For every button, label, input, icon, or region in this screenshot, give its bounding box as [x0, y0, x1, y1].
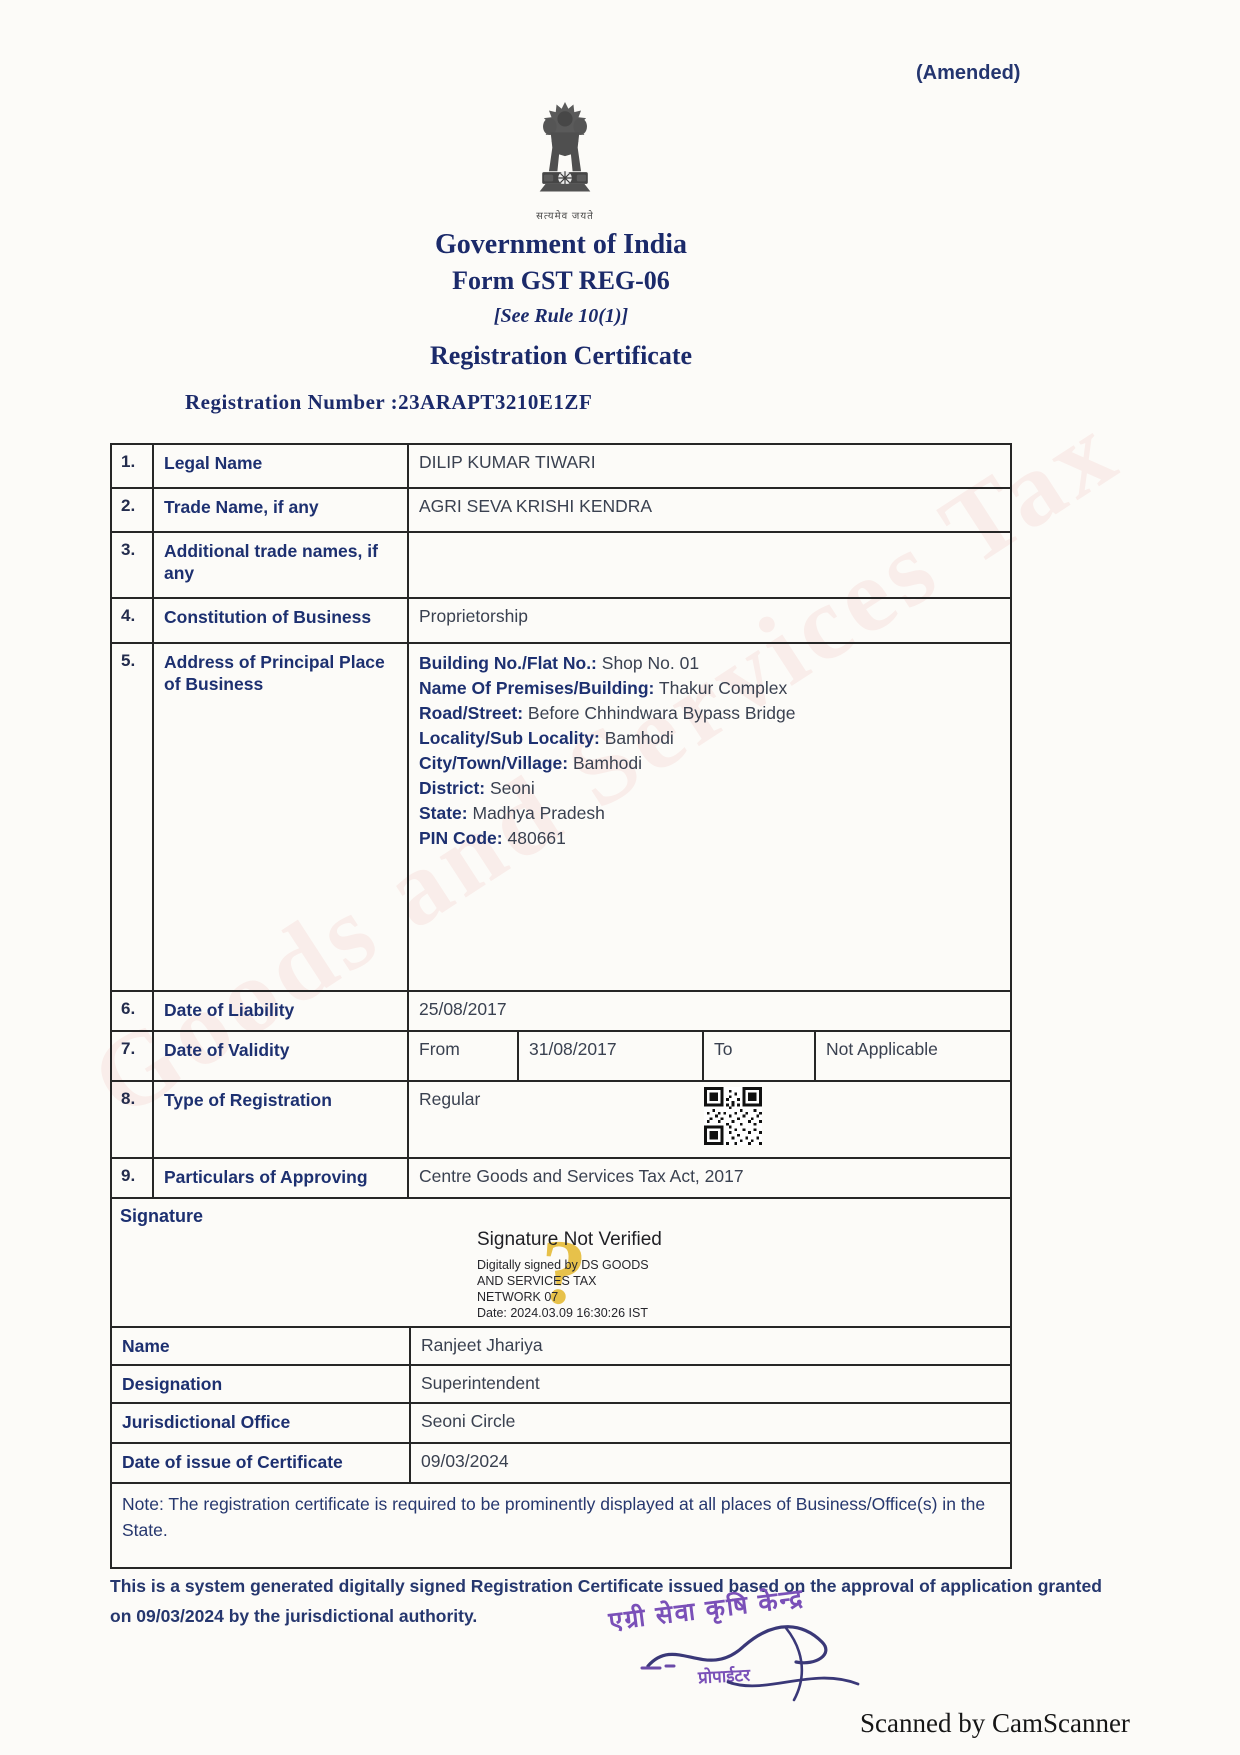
row-value: 09/03/2024 [411, 1444, 1010, 1482]
validity-from-label: From [409, 1032, 519, 1080]
row-value: Superintendent [411, 1366, 1010, 1402]
row-label: Type of Registration [154, 1082, 409, 1157]
table-row-type-of-registration: 8. Type of Registration Regular [112, 1082, 1010, 1159]
row-label: Date of Liability [154, 992, 409, 1030]
row-value: 25/08/2017 [409, 992, 1010, 1030]
row-value: Centre Goods and Services Tax Act, 2017 [409, 1159, 1010, 1197]
row-label: Particulars of Approving [154, 1159, 409, 1197]
row-number: 3. [112, 533, 154, 597]
address-line: Name Of Premises/Building: Thakur Comple… [419, 676, 1000, 701]
row-value: Regular [419, 1089, 480, 1109]
table-row-additional-trade-names: 3. Additional trade names, if any [112, 533, 1010, 599]
title-government-of-india: Government of India [110, 229, 1012, 261]
signature-not-verified-text: Signature Not Verified [477, 1229, 662, 1251]
certificate-table: 1. Legal Name DILIP KUMAR TIWARI 2. Trad… [110, 443, 1012, 1569]
row-label: Designation [112, 1366, 411, 1402]
row-number: 1. [112, 445, 154, 487]
row-label: Name [112, 1328, 411, 1364]
row-value: Proprietorship [409, 599, 1010, 642]
digital-signature-details: Digitally signed by DS GOODS AND SERVICE… [477, 1257, 649, 1321]
row-number: 2. [112, 489, 154, 531]
digital-signature-line: Digitally signed by DS GOODS [477, 1257, 649, 1273]
row-label: Date of issue of Certificate [112, 1444, 411, 1482]
emblem-caption: सत्यमेव जयते [520, 208, 610, 222]
national-emblem-icon [527, 100, 603, 202]
row-value: AGRI SEVA KRISHI KENDRA [409, 489, 1010, 531]
qr-code [704, 1087, 762, 1145]
digital-signature-line: Date: 2024.03.09 16:30:26 IST [477, 1305, 649, 1321]
validity-to-date: Not Applicable [816, 1032, 1010, 1080]
signature-label: Signature [120, 1206, 203, 1227]
emblem-of-india: सत्यमेव जयते [520, 100, 610, 222]
row-label: Additional trade names, if any [154, 533, 409, 597]
row-value [409, 533, 1010, 597]
title-form-gst-reg06: Form GST REG-06 [110, 266, 1012, 296]
row-value: DILIP KUMAR TIWARI [409, 445, 1010, 487]
address-line: PIN Code: 480661 [419, 826, 1000, 851]
table-row-date-of-validity: 7. Date of Validity From 31/08/2017 To N… [112, 1032, 1010, 1082]
table-row-officer-designation: Designation Superintendent [112, 1366, 1010, 1404]
row-label: Address of Principal Place of Business [154, 644, 409, 990]
table-row-note: Note: The registration certificate is re… [112, 1484, 1010, 1567]
row-value: Seoni Circle [411, 1404, 1010, 1442]
row-label: Constitution of Business [154, 599, 409, 642]
row-number: 8. [112, 1082, 154, 1157]
note-text: Note: The registration certificate is re… [112, 1484, 1010, 1567]
row-number: 5. [112, 644, 154, 990]
row-number: 9. [112, 1159, 154, 1197]
table-row-address: 5. Address of Principal Place of Busines… [112, 644, 1010, 992]
table-row-jurisdictional-office: Jurisdictional Office Seoni Circle [112, 1404, 1010, 1444]
address-line: City/Town/Village: Bamhodi [419, 751, 1000, 776]
digital-signature-line: AND SERVICES TAX [477, 1273, 649, 1289]
address-block: Building No./Flat No.: Shop No. 01 Name … [409, 644, 1010, 990]
row-label: Date of Validity [154, 1032, 409, 1080]
registration-number-line: Registration Number :23ARAPT3210E1ZF [185, 390, 592, 415]
row-number: 4. [112, 599, 154, 642]
registration-number-label: Registration Number : [185, 390, 398, 414]
table-row-date-of-issue: Date of issue of Certificate 09/03/2024 [112, 1444, 1010, 1484]
address-line: State: Madhya Pradesh [419, 801, 1000, 826]
table-row-officer-name: Name Ranjeet Jhariya [112, 1328, 1010, 1366]
footer-statement-line2: on 09/03/2024 by the jurisdictional auth… [110, 1606, 477, 1627]
row-value: Ranjeet Jhariya [411, 1328, 1010, 1364]
row-label: Trade Name, if any [154, 489, 409, 531]
table-row-trade-name: 2. Trade Name, if any AGRI SEVA KRISHI K… [112, 489, 1010, 533]
table-row-constitution: 4. Constitution of Business Proprietorsh… [112, 599, 1010, 644]
proprietor-signature-icon [636, 1604, 874, 1708]
table-row-date-of-liability: 6. Date of Liability 25/08/2017 [112, 992, 1010, 1032]
signature-section: Signature ? Signature Not Verified Digit… [112, 1199, 1010, 1328]
digital-signature-line: NETWORK 07 [477, 1289, 649, 1305]
validity-to-label: To [704, 1032, 816, 1080]
address-line: Building No./Flat No.: Shop No. 01 [419, 651, 1000, 676]
row-value-wrap: Regular [409, 1082, 1010, 1157]
row-label: Jurisdictional Office [112, 1404, 411, 1442]
registration-number-value: 23ARAPT3210E1ZF [398, 390, 592, 414]
certificate-page: Goods and Services Tax (Amended) सत्यमेव… [0, 0, 1240, 1755]
table-row-legal-name: 1. Legal Name DILIP KUMAR TIWARI [112, 445, 1010, 489]
validity-from-date: 31/08/2017 [519, 1032, 704, 1080]
validity-cells: From 31/08/2017 To Not Applicable [409, 1032, 1010, 1080]
title-rule-reference: [See Rule 10(1)] [110, 305, 1012, 328]
table-row-particulars-of-approving: 9. Particulars of Approving Centre Goods… [112, 1159, 1010, 1199]
title-registration-certificate: Registration Certificate [110, 341, 1012, 371]
camscanner-credit: Scanned by CamScanner [860, 1708, 1130, 1739]
row-number: 6. [112, 992, 154, 1030]
footer-statement-line1: This is a system generated digitally sig… [110, 1576, 1102, 1597]
address-line: Locality/Sub Locality: Bamhodi [419, 726, 1000, 751]
row-number: 7. [112, 1032, 154, 1080]
address-line: Road/Street: Before Chhindwara Bypass Br… [419, 701, 1000, 726]
amended-tag: (Amended) [916, 62, 1020, 85]
address-line: District: Seoni [419, 776, 1000, 801]
row-label: Legal Name [154, 445, 409, 487]
